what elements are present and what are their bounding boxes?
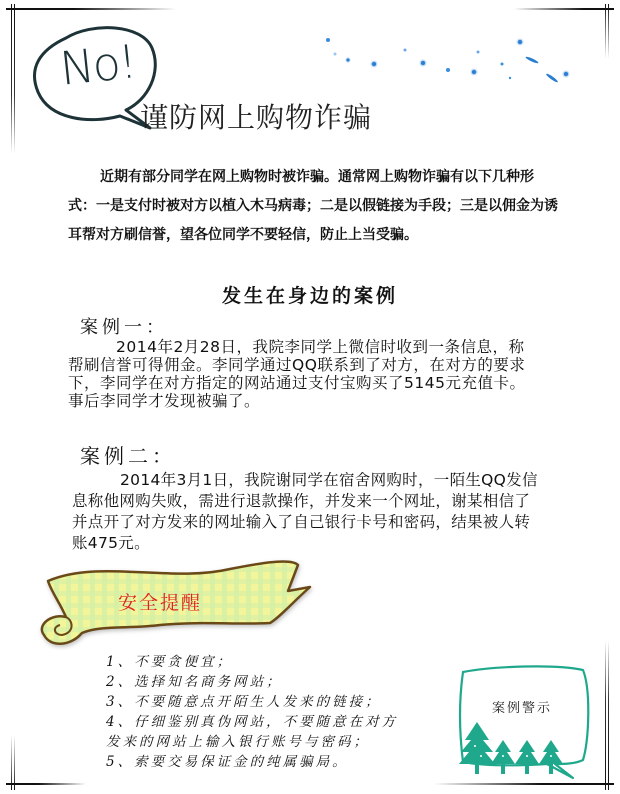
frame-corner-line [14,735,15,790]
frame-corner-line [11,4,12,154]
frame-corner-line [6,8,176,10]
frame-corner-line [514,8,614,10]
safety-banner-label: 安全提醒 [118,588,202,615]
frame-corner-line [605,640,606,790]
section-heading: 发生在身边的案例 [0,281,620,308]
tip-item: 2、选择知名商务网站； [106,672,446,692]
case1-label: 案例一： [80,313,168,339]
case-warning-label: 案例警示 [492,697,552,716]
case1-paragraph: 2014年2月28日，我院李同学上微信时收到一条信息，称帮刷信誉可得佣金。李同学… [68,338,538,410]
safety-tips-list: 1、不要贪便宜； 2、选择知名商务网站； 3、不要随意点开陌生人发来的链接； 4… [106,652,446,772]
sparkles-icon [310,30,610,100]
tip-item: 发来的网站上输入银行账号与密码； [106,732,446,752]
case2-paragraph: 2014年3月1日，我院谢同学在宿舍网购时，一陌生QQ发信息称他网购失败，需进行… [72,470,542,554]
tip-item: 5、索要交易保证金的纯属骗局。 [106,752,446,772]
intro-paragraph: 近期有部分同学在网上购物时被诈骗。通常网上购物诈骗有以下几种形式：一是支付时被对… [68,163,558,250]
no-exclaim-text: No! [57,34,137,96]
warning-bubble-icon [455,660,595,780]
frame-corner-line [6,783,86,785]
case2-label: 案例二： [80,440,176,469]
frame-corner-line [434,783,614,785]
frame-corner-line [608,640,609,790]
intro-text: 近期有部分同学在网上购物时被诈骗。通常网上购物诈骗有以下几种形式：一是支付时被对… [68,169,558,243]
case2-text: 2014年3月1日，我院谢同学在宿舍网购时，一陌生QQ发信息称他网购失败，需进行… [72,471,538,552]
page-title: 谨防网上购物诈骗 [140,96,372,136]
frame-corner-line [11,735,12,790]
frame-corner-line [14,4,15,154]
tip-item: 4、仔细鉴别真伪网站，不要随意在对方 [106,712,446,732]
tip-item: 3、不要随意点开陌生人发来的链接； [106,692,446,712]
case1-text: 2014年2月28日，我院李同学上微信时收到一条信息，称帮刷信誉可得佣金。李同学… [68,338,525,410]
tip-item: 1、不要贪便宜； [106,652,446,672]
